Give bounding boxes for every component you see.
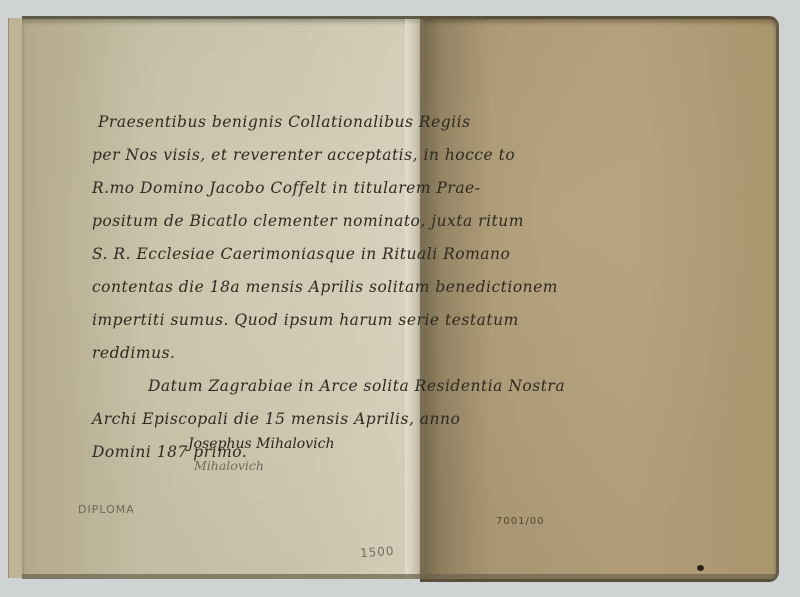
pencil-note-number-left: 1500 — [360, 544, 395, 560]
signature: Josephus Mihalovich Mihalovich — [188, 436, 334, 473]
text-line: Archi Episcopali die 15 mensis Aprilis, … — [92, 403, 692, 436]
signature-subline: Mihalovich — [188, 458, 334, 473]
text-line: Domini 187 primo. — [92, 436, 692, 469]
text-line: Praesentibus benignis Collationalibus Re… — [92, 106, 692, 139]
pencil-note-diploma: DIPLOMA — [78, 503, 135, 516]
pencil-note-number-right: 7001/00 — [496, 516, 545, 527]
text-line: impertiti sumus. Quod ipsum harum serie … — [92, 304, 692, 337]
text-line: Datum Zagrabiae in Arce solita Residenti… — [92, 370, 692, 403]
ink-spot — [697, 565, 704, 571]
handwritten-text-block: Praesentibus benignis Collationalibus Re… — [92, 106, 692, 469]
text-line: reddimus. — [92, 337, 692, 370]
paper-bottom-edge — [22, 574, 776, 579]
text-line: per Nos visis, et reverenter acceptatis,… — [92, 139, 692, 172]
text-line: positum de Bicatlo clementer nominato, j… — [92, 205, 692, 238]
signature-name: Josephus Mihalovich — [188, 436, 334, 452]
text-line: S. R. Ecclesiae Caerimoniasque in Ritual… — [92, 238, 692, 271]
text-line: R.mo Domino Jacobo Coffelt in titularem … — [92, 172, 692, 205]
text-line: contentas die 18a mensis Aprilis solitam… — [92, 271, 692, 304]
